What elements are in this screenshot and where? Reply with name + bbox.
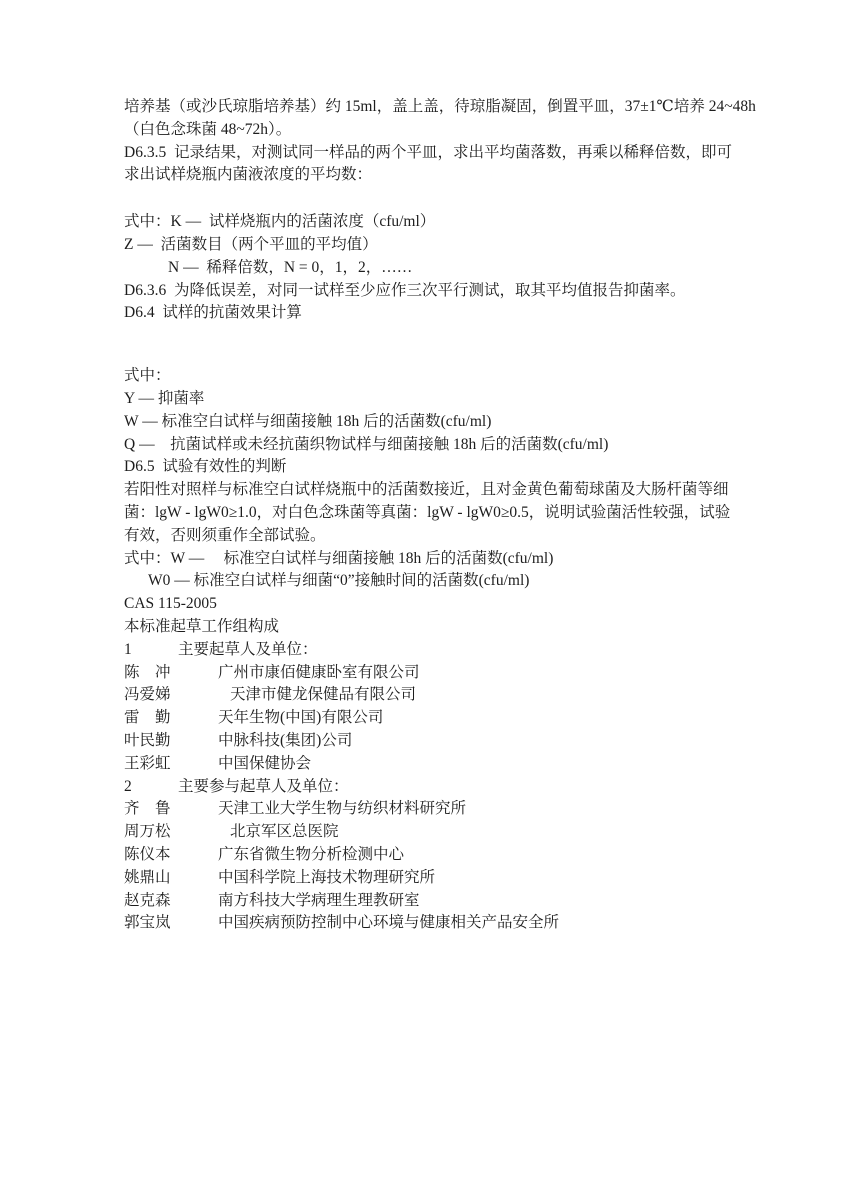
person-name: 王彩虹	[124, 753, 218, 776]
section-number-row: 2主要参与起草人及单位：	[124, 776, 756, 799]
text-line: 式中：W — 标准空白试样与细菌接触 18h 后的活菌数(cfu/ml)	[124, 548, 756, 571]
person-name: 陈仪本	[124, 844, 218, 867]
person-org: 南方科技大学病理生理教研室	[218, 892, 420, 909]
person-row: 周万松北京军区总医院	[124, 821, 756, 844]
person-org: 天年生物(中国)有限公司	[218, 709, 383, 726]
section-number: 2	[124, 776, 178, 799]
text-line: 培养基（或沙氏琼脂培养基）约 15ml，盖上盖，待琼脂凝固，倒置平皿，37±1℃…	[124, 96, 756, 119]
text-line: W0 — 标准空白试样与细菌“0”接触时间的活菌数(cfu/ml)	[124, 570, 756, 593]
person-name: 陈 冲	[124, 662, 218, 685]
person-name: 赵克森	[124, 890, 218, 913]
person-org: 北京军区总医院	[218, 823, 339, 840]
person-name: 齐 鲁	[124, 798, 218, 821]
section-label: 主要起草人及单位：	[178, 641, 318, 658]
person-org: 中国科学院上海技术物理研究所	[218, 869, 435, 886]
text-line: Y — 抑菌率	[124, 388, 756, 411]
text-line: 式中：K — 试样烧瓶内的活菌浓度（cfu/ml）	[124, 211, 756, 234]
person-org: 中国保健协会	[218, 755, 311, 772]
person-row: 叶民勤中脉科技(集团)公司	[124, 730, 756, 753]
person-org: 天津市健龙保健品有限公司	[218, 686, 416, 703]
person-name: 叶民勤	[124, 730, 218, 753]
section-number: 1	[124, 639, 178, 662]
text-line: Z — 活菌数目（两个平皿的平均值）	[124, 234, 756, 257]
text-line: 若阳性对照样与标准空白试样烧瓶中的活菌数接近，且对金黄色葡萄球菌及大肠杆菌等细	[124, 479, 756, 502]
section-label: 主要参与起草人及单位：	[178, 778, 349, 795]
text-line: D6.4 试样的抗菌效果计算	[124, 302, 756, 325]
person-name: 雷 勤	[124, 707, 218, 730]
section-number-row: 1主要起草人及单位：	[124, 639, 756, 662]
document-text: 培养基（或沙氏琼脂培养基）约 15ml，盖上盖，待琼脂凝固，倒置平皿，37±1℃…	[124, 96, 756, 935]
person-org: 广州市康佰健康卧室有限公司	[218, 664, 420, 681]
document-page: 培养基（或沙氏琼脂培养基）约 15ml，盖上盖，待琼脂凝固，倒置平皿，37±1℃…	[0, 0, 849, 1200]
person-row: 郭宝岚中国疾病预防控制中心环境与健康相关产品安全所	[124, 912, 756, 935]
text-line: N — 稀释倍数，N = 0，1，2，……	[124, 257, 756, 280]
person-row: 冯爱娣天津市健龙保健品有限公司	[124, 684, 756, 707]
text-line: CAS 115-2005	[124, 593, 756, 616]
person-row: 赵克森南方科技大学病理生理教研室	[124, 890, 756, 913]
text-line: 菌：lgW - lgW0≥1.0，对白色念珠菌等真菌：lgW - lgW0≥0.…	[124, 502, 756, 525]
person-row: 雷 勤天年生物(中国)有限公司	[124, 707, 756, 730]
person-name: 周万松	[124, 821, 218, 844]
person-name: 郭宝岚	[124, 912, 218, 935]
person-row: 陈 冲广州市康佰健康卧室有限公司	[124, 662, 756, 685]
person-row: 齐 鲁天津工业大学生物与纺织材料研究所	[124, 798, 756, 821]
text-line: D6.5 试验有效性的判断	[124, 456, 756, 479]
text-line: D6.3.6 为降低误差，对同一试样至少应作三次平行测试，取其平均值报告抑菌率。	[124, 280, 756, 303]
text-line: 本标准起草工作组构成	[124, 616, 756, 639]
person-row: 王彩虹中国保健协会	[124, 753, 756, 776]
text-line: W — 标准空白试样与细菌接触 18h 后的活菌数(cfu/ml)	[124, 411, 756, 434]
person-row: 陈仪本广东省微生物分析检测中心	[124, 844, 756, 867]
person-org: 天津工业大学生物与纺织材料研究所	[218, 800, 466, 817]
person-org: 中国疾病预防控制中心环境与健康相关产品安全所	[218, 914, 559, 931]
person-name: 姚鼎山	[124, 867, 218, 890]
text-line: （白色念珠菌 48~72h）。	[124, 119, 756, 142]
person-row: 姚鼎山中国科学院上海技术物理研究所	[124, 867, 756, 890]
text-line: D6.3.5 记录结果，对测试同一样品的两个平皿，求出平均菌落数，再乘以稀释倍数…	[124, 142, 756, 165]
person-org: 广东省微生物分析检测中心	[218, 846, 404, 863]
text-line: 求出试样烧瓶内菌液浓度的平均数：	[124, 164, 756, 187]
text-line: Q — 抗菌试样或未经抗菌织物试样与细菌接触 18h 后的活菌数(cfu/ml)	[124, 434, 756, 457]
text-line: 式中：	[124, 365, 756, 388]
person-name: 冯爱娣	[124, 684, 218, 707]
formula-gap	[124, 187, 756, 211]
formula-gap	[124, 325, 756, 365]
person-org: 中脉科技(集团)公司	[218, 732, 352, 749]
text-line: 有效，否则须重作全部试验。	[124, 525, 756, 548]
